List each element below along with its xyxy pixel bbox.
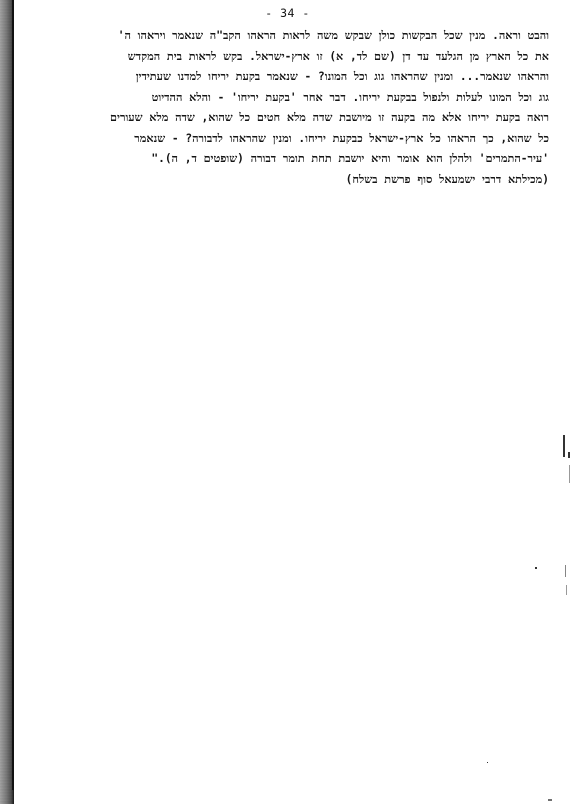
source-citation: (מכילתא דרבי ישמעאל סוף פרשת בשלח) [22, 170, 549, 191]
scan-speck [563, 435, 565, 457]
text-line: את כל הארץ מן הגלעד עד דן (שם לד, א) זו … [22, 47, 549, 68]
scan-edge-line [12, 0, 14, 790]
scan-speck [565, 565, 566, 577]
text-line: 'עיר-התמרים' ולהלן הוא אומר והיא יושבת ת… [22, 149, 549, 170]
text-line: והבט וראה. מנין שכל הבקשות כולן שבקש משה… [22, 26, 549, 47]
page-number: - 34 - [0, 6, 575, 20]
text-line: רואה בקעת יריחו אלא מה בקעה זו מיושבת שד… [22, 108, 549, 129]
scan-speck [569, 465, 570, 483]
text-line: כל שהוא, כך הראהו כל ארץ-ישראל כבקעת ירי… [22, 129, 549, 150]
scan-speck [548, 799, 552, 801]
scan-speck [568, 452, 570, 458]
scan-speck [535, 567, 537, 569]
text-line: גוג וכל המונו לעלות ולנפול בבקעת יריחו. … [22, 88, 549, 109]
text-line: והראהו שנאמר... ומנין שהראהו גוג וכל המו… [22, 67, 549, 88]
scan-speck [566, 585, 567, 595]
document-body: והבט וראה. מנין שכל הבקשות כולן שבקש משה… [22, 26, 549, 190]
scan-speck [487, 762, 488, 763]
